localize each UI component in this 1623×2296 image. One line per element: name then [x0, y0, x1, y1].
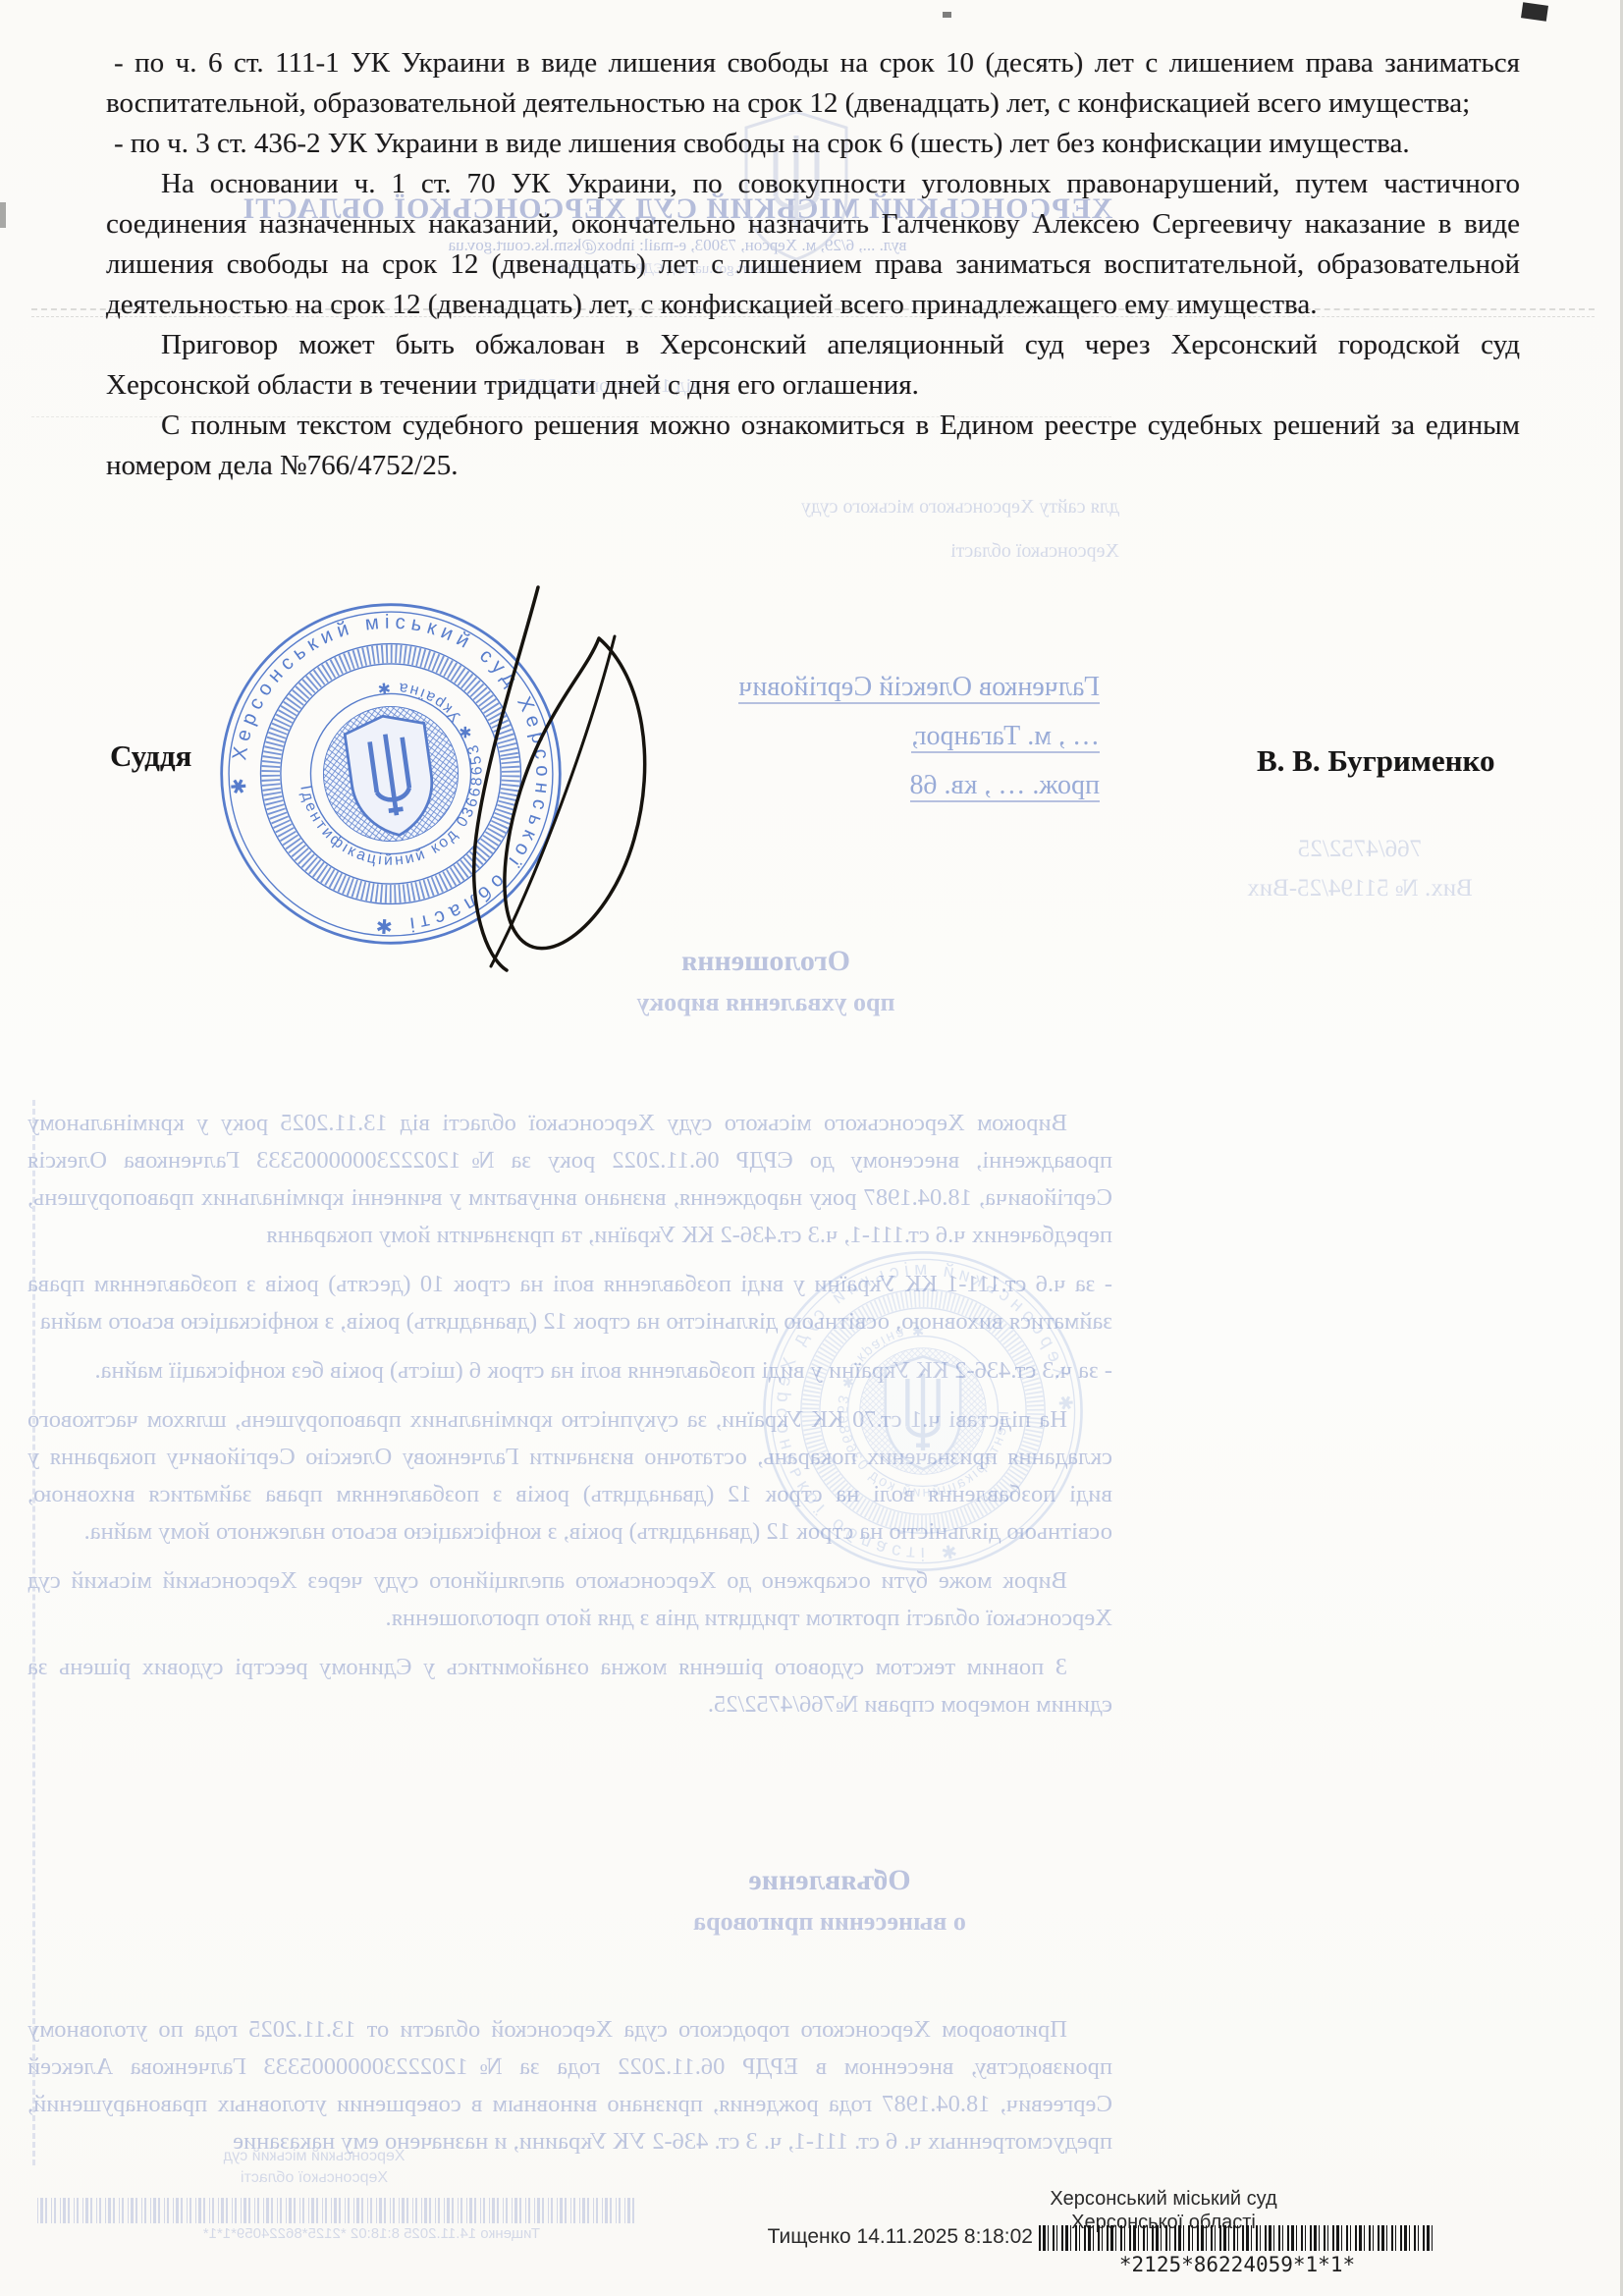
scan-speck: [1521, 2, 1548, 21]
verdict-paragraph-appeal: Приговор может быть обжалован в Херсонск…: [106, 325, 1520, 406]
bleed-ru-title-block: Объявление о вынесении приговора: [481, 1864, 1178, 1937]
bleed-stamp-ghost: ✱ Херсонський міський суд Херсонської об…: [746, 1249, 1100, 1573]
bleed-dist-line-1: для сайту Херсонського міського суду: [511, 496, 1119, 519]
verdict-paragraph-cumulative: На основании ч. 1 ст. 70 УК Украини, по …: [106, 164, 1520, 325]
bleed-margin-ticks: [32, 1100, 35, 2165]
verdict-paragraph-registry: С полным текстом судебного решения можно…: [106, 406, 1520, 486]
bleed-footer-court: Херсонський міський суд Херсонської обла…: [167, 2146, 461, 2189]
scan-speck: [943, 12, 951, 18]
verdict-paragraph-count-2: - по ч. 3 ст. 436-2 УК Украини в виде ли…: [106, 124, 1520, 164]
bleed-footer-clerk-caption: Тищенко 14.11.2025 8:18:02 *2125*8622405…: [118, 2225, 540, 2242]
bleed-ua-paragraph: З повним текстом судового рішення можна …: [27, 1649, 1112, 1723]
judge-name: В. В. Бугрименко: [1257, 743, 1522, 779]
bleed-reference-numbers: 766/4752/25 Вих. № 51194/25-Вих: [1129, 830, 1591, 908]
bleed-ru-paragraph: Приговором Херсонского городского суда Х…: [27, 2011, 1112, 2160]
footer-barcode: [1039, 2225, 1436, 2251]
bleed-footer-court-line2: Херсонської області: [167, 2167, 461, 2189]
verdict-paragraph-count-1: - по ч. 6 ст. 111-1 УК Украини в виде ли…: [106, 43, 1520, 124]
judge-signature: [422, 581, 663, 974]
bleed-ru-subtitle: о вынесении приговора: [481, 1907, 1178, 1937]
bleed-barcode: [35, 2198, 634, 2223]
bleed-ua-paragraph: Вироком Херсонського міського суду Херсо…: [27, 1105, 1112, 1254]
verdict-text-block: - по ч. 6 ст. 111-1 УК Украини в виде ли…: [106, 43, 1520, 486]
court-seal-svg: ✱ Херсонський міський суд Херсонської об…: [746, 1249, 1100, 1573]
bleed-footer-court-line1: Херсонський міський суд: [167, 2146, 461, 2167]
scan-speck: [0, 202, 6, 228]
footer-court-line1: Херсонський міський суд: [987, 2188, 1340, 2211]
footer-clerk-timestamp: Тищенко 14.11.2025 8:18:02: [746, 2225, 1033, 2249]
footer-barcode-caption: *2125*86224059*1*1*: [1065, 2253, 1409, 2276]
bleed-outgoing-number: Вих. № 51194/25-Вих: [1129, 869, 1591, 908]
bleed-ua-subtitle: про ухвалення вироку: [422, 988, 1109, 1017]
bleed-dist-line-2: Херсонської області: [550, 540, 1119, 563]
bleed-ua-paragraph: Вирок може бути оскаржено до Херсонськог…: [27, 1562, 1112, 1637]
judge-label: Суддя: [110, 738, 191, 774]
bleed-case-number: 766/4752/25: [1129, 830, 1591, 869]
bleed-ru-title: Объявление: [481, 1864, 1178, 1897]
scanned-document-page: ХЕРСОНСЬКИЙ МІСЬКИЙ СУД ХЕРСОНСЬКОЇ ОБЛА…: [0, 0, 1623, 2296]
